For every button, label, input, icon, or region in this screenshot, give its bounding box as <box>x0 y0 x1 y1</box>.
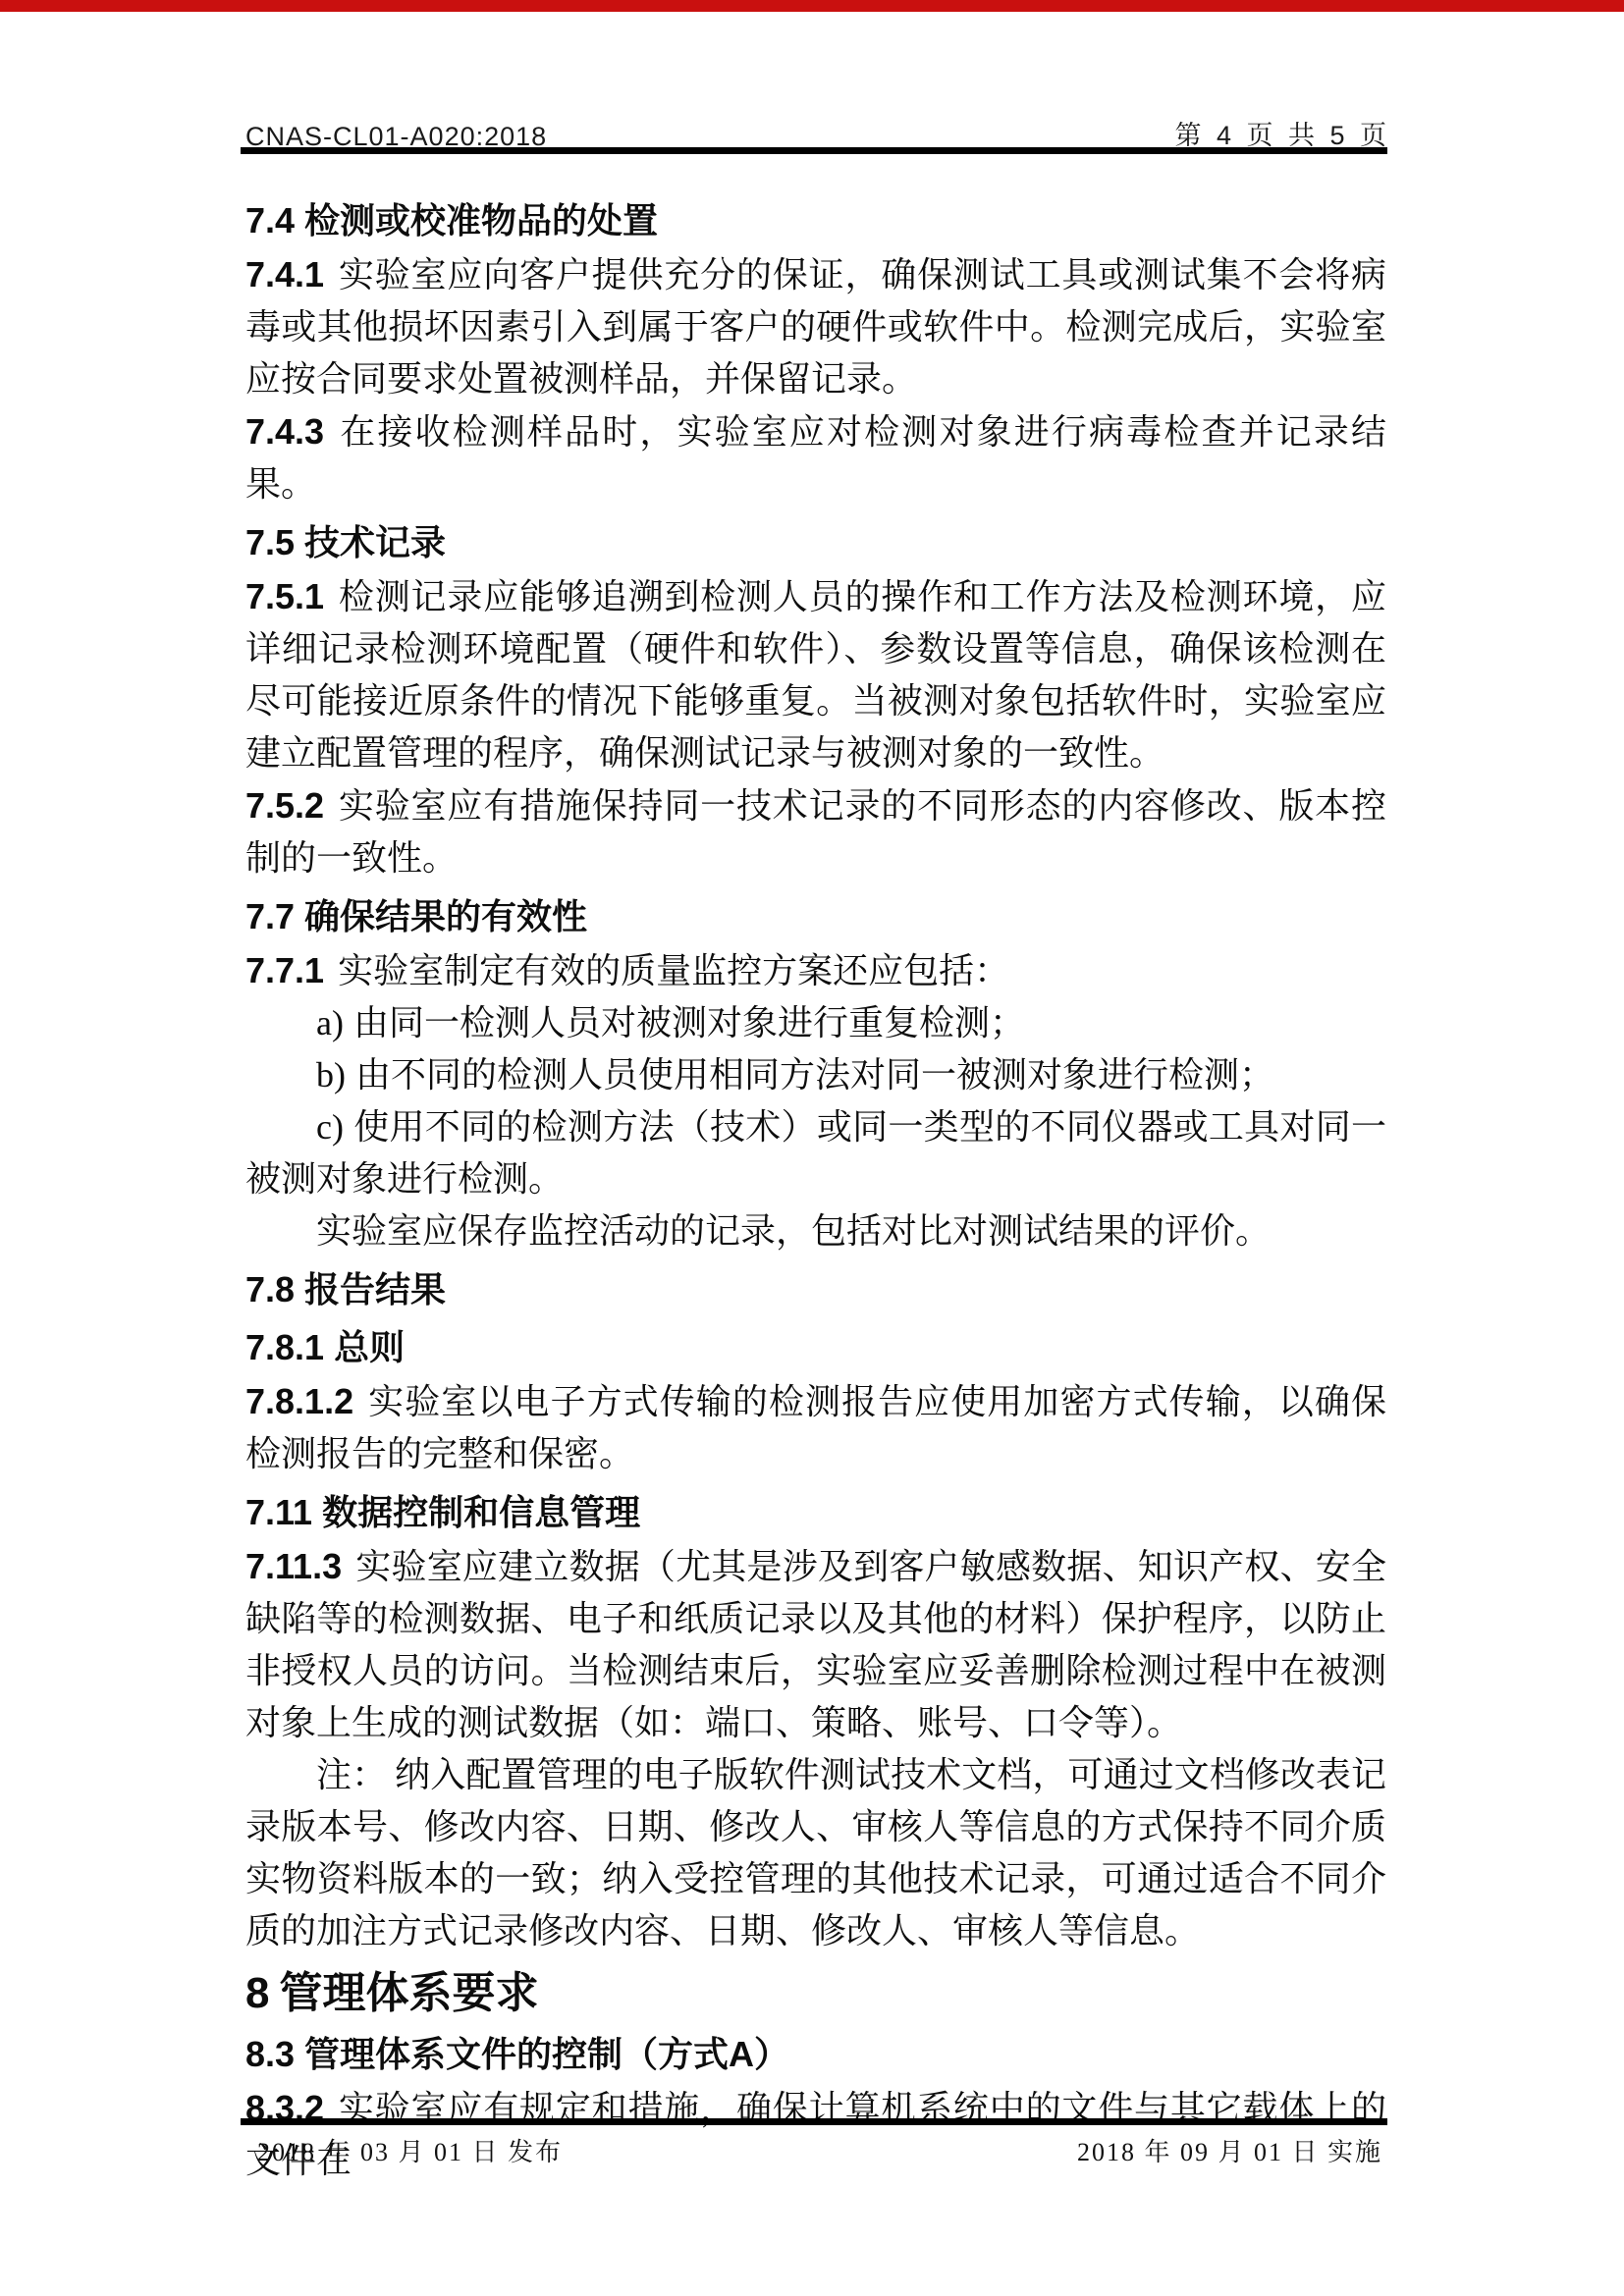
list-item-a: a)由同一检测人员对被测对象进行重复检测； <box>245 997 1386 1049</box>
note-paragraph: 注：纳入配置管理的电子版软件测试技术文档，可通过文档修改表记录版本号、修改内容、… <box>245 1749 1386 1957</box>
paragraph-7-11-3: 7.11.3实验室应建立数据（尤其是涉及到客户敏感数据、知识产权、安全缺陷等的检… <box>245 1540 1386 1749</box>
section-heading-7-8-1: 7.8.1总则 <box>245 1321 1386 1373</box>
paragraph-7-5-2: 7.5.2实验室应有措施保持同一技术记录的不同形态的内容修改、版本控制的一致性。 <box>245 779 1386 884</box>
release-date: 2018 年 03 月 01 日 发布 <box>257 2132 563 2168</box>
implementation-date: 2018 年 09 月 01 日 实施 <box>1077 2132 1382 2168</box>
section-heading-7-7: 7.7确保结果的有效性 <box>245 890 1386 942</box>
paragraph-7-4-1: 7.4.1实验室应向客户提供充分的保证，确保测试工具或测试集不会将病毒或其他损坏… <box>245 248 1386 405</box>
list-item-c: c)使用不同的检测方法（技术）或同一类型的不同仪器或工具对同一被测对象进行检测。 <box>245 1101 1386 1205</box>
document-page: CNAS-CL01-A020:2018 第 4 页 共 5 页 7.4检测或校准… <box>0 0 1624 2296</box>
list-item-b: b)由不同的检测人员使用相同方法对同一被测对象进行检测； <box>245 1049 1386 1101</box>
section-heading-7-8: 7.8报告结果 <box>245 1263 1386 1315</box>
top-accent-bar <box>0 0 1624 12</box>
paragraph-7-5-1: 7.5.1检测记录应能够追溯到检测人员的操作和工作方法及检测环境，应详细记录检测… <box>245 570 1386 779</box>
chapter-heading-8: 8管理体系要求 <box>245 1965 1386 2022</box>
section-heading-7-5: 7.5技术记录 <box>245 516 1386 568</box>
page-footer: 2018 年 03 月 01 日 发布 2018 年 09 月 01 日 实施 <box>257 2132 1382 2168</box>
paragraph-monitoring-records: 实验室应保存监控活动的记录，包括对比对测试结果的评价。 <box>245 1205 1386 1257</box>
document-body: 7.4检测或校准物品的处置 7.4.1实验室应向客户提供充分的保证，确保测试工具… <box>245 188 1386 2187</box>
paragraph-7-7-1: 7.7.1实验室制定有效的质量监控方案还应包括： <box>245 944 1386 997</box>
section-heading-7-4: 7.4检测或校准物品的处置 <box>245 194 1386 246</box>
paragraph-7-8-1-2: 7.8.1.2实验室以电子方式传输的检测报告应使用加密方式传输，以确保检测报告的… <box>245 1375 1386 1480</box>
section-heading-7-11: 7.11数据控制和信息管理 <box>245 1486 1386 1538</box>
section-heading-8-3: 8.3管理体系文件的控制（方式A） <box>245 2028 1386 2080</box>
footer-rule <box>241 2118 1387 2125</box>
paragraph-7-4-3: 7.4.3在接收检测样品时，实验室应对检测对象进行病毒检查并记录结果。 <box>245 405 1386 510</box>
header-rule <box>241 147 1387 154</box>
